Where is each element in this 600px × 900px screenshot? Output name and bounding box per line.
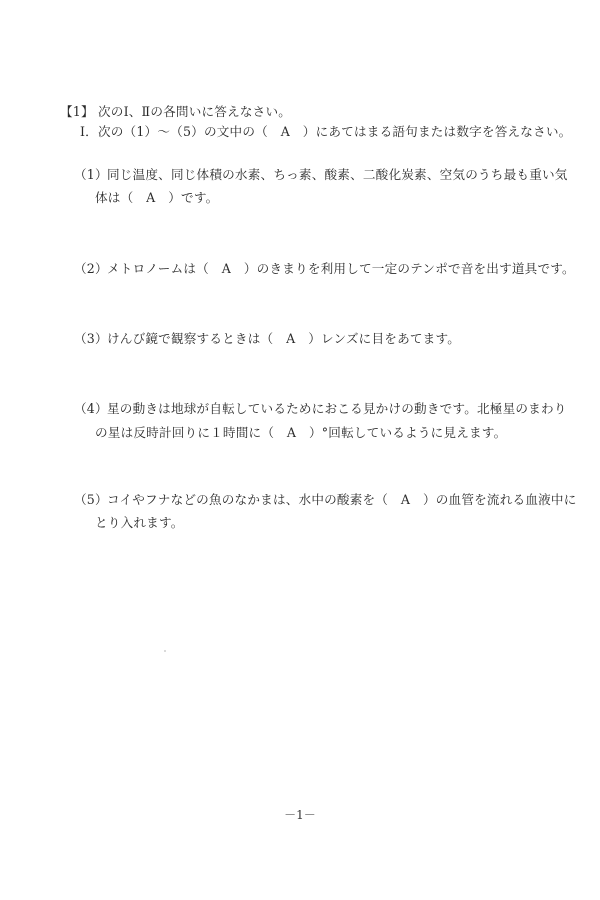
- item-number: （2）: [74, 261, 107, 277]
- question-item-5: （5）コイやフナなどの魚のなかまは、水中の酸素を（ A ）の血管を流れる血液中に: [74, 492, 577, 508]
- question-item-2: （2）メトロノームは（ A ）のきまりを利用して一定のテンポで音を出す道具です。: [74, 261, 575, 277]
- question-item-4: （4）星の動きは地球が自転しているためにおこる見かけの動きです。北極星のまわり: [74, 401, 567, 417]
- item-number: （5）: [74, 492, 107, 508]
- item-number: （4）: [74, 401, 107, 417]
- question-item-1: （1）同じ温度、同じ体積の水素、ちっ素、酸素、二酸化炭素、空気のうち最も重い気: [74, 167, 568, 183]
- page-number: －1－: [0, 806, 600, 823]
- item-5-text-line-2: とり入れます。: [95, 515, 184, 531]
- item-4-text-line-2: の星は反時計回りに１時間に（ A ）°回転しているように見えます。: [95, 425, 506, 441]
- question-item-3: （3）けんび鏡で観察するときは（ A ）レンズに目をあてます。: [74, 331, 460, 347]
- item-text-line-1: けんび鏡で観察するときは（ A ）レンズに目をあてます。: [107, 331, 460, 346]
- item-text-line-1: 星の動きは地球が自転しているためにおこる見かけの動きです。北極星のまわり: [107, 401, 567, 416]
- item-number: （3）: [74, 331, 107, 347]
- item-1-text-line-2: 体は（ A ）です。: [95, 190, 218, 206]
- question-header: 【1】 次のⅠ、Ⅱの各問いに答えなさい。: [60, 104, 291, 120]
- item-text-line-1: 同じ温度、同じ体積の水素、ちっ素、酸素、二酸化炭素、空気のうち最も重い気: [107, 167, 568, 182]
- scan-speck: [164, 650, 166, 652]
- item-text-line-1: メトロノームは（ A ）のきまりを利用して一定のテンポで音を出す道具です。: [107, 261, 575, 276]
- part-one-instruction: Ⅰ．次の（1）～（5）の文中の（ A ）にあてはまる語句または数字を答えなさい。: [80, 124, 571, 140]
- item-text-line-1: コイやフナなどの魚のなかまは、水中の酸素を（ A ）の血管を流れる血液中に: [107, 492, 577, 507]
- item-number: （1）: [74, 167, 107, 183]
